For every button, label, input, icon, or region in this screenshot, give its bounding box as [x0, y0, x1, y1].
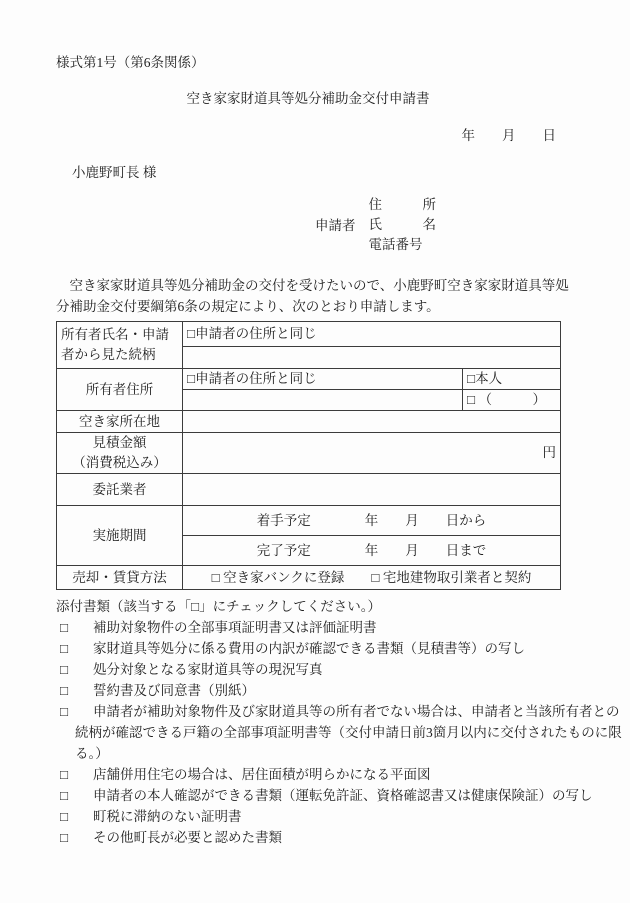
checkbox-icon[interactable]: □ — [60, 617, 93, 638]
owner-address-input-cell[interactable] — [183, 390, 463, 411]
owner-other-checkbox-cell[interactable]: □ （ ） — [463, 390, 561, 411]
sale-rental-method-cell[interactable]: □ 空き家バンクに登録 □ 宅地建物取引業者と契約 — [183, 566, 561, 590]
checkbox-icon[interactable]: □ — [60, 785, 93, 806]
attachments-heading: 添付書類（該当する「□」にチェックしてください。） — [56, 596, 560, 617]
attachments-checklist: □補助対象物件の全部事項証明書又は評価証明書 □家財道具等処分に係る費用の内訳が… — [56, 617, 622, 848]
checkbox-icon[interactable]: □ — [60, 638, 93, 659]
applicant-label: 申請者 — [315, 215, 356, 236]
owner-self-checkbox-cell[interactable]: □本人 — [463, 369, 561, 390]
intro-paragraph: 空き家家財道具等処分補助金の交付を受けたいので、小鹿野町空き家家財道具等処分補助… — [56, 275, 576, 317]
owner-address-same-checkbox-cell[interactable]: □申請者の住所と同じ — [183, 369, 463, 390]
checklist-item: □申請者の本人確認ができる書類（運転免許証、資格確認書又は健康保険証）の写し — [60, 785, 622, 806]
implementation-period-label: 実施期間 — [57, 506, 183, 566]
owner-name-input-cell[interactable] — [183, 347, 561, 369]
checkbox-icon[interactable]: □ — [60, 701, 93, 722]
checkbox-icon[interactable]: □ — [60, 806, 93, 827]
estimate-amount-input-cell[interactable]: 円 — [183, 433, 561, 474]
applicant-phone-label: 電話番号 — [369, 235, 437, 255]
owner-name-same-checkbox-cell[interactable]: □申請者の住所と同じ — [183, 322, 561, 347]
vacant-house-location-input-cell[interactable] — [183, 411, 561, 433]
checklist-item: □店舗併用住宅の場合は、居住面積が明らかになる平面図 — [60, 764, 622, 785]
checklist-item: □誓約書及び同意書（別紙） — [60, 680, 622, 701]
period-end-cell[interactable]: 完了予定 年 月 日まで — [183, 536, 561, 566]
checklist-item-label: その他町長が必要と認めた書類 — [93, 830, 282, 845]
owner-address-row-label: 所有者住所 — [57, 369, 183, 411]
checklist-item-label: 誓約書及び同意書（別紙） — [93, 683, 255, 698]
checklist-item-label: 申請者の本人確認ができる書類（運転免許証、資格確認書又は健康保険証）の写し — [93, 788, 593, 803]
checklist-item: □家財道具等処分に係る費用の内訳が確認できる書類（見積書等）の写し — [60, 638, 622, 659]
document-page: 様式第1号（第6条関係） 空き家家財道具等処分補助金交付申請書 年 月 日 小鹿… — [0, 0, 630, 903]
checklist-item-label: 補助対象物件の全部事項証明書又は評価証明書 — [93, 620, 377, 635]
contractor-input-cell[interactable] — [183, 474, 561, 506]
checklist-item-label: 家財道具等処分に係る費用の内訳が確認できる書類（見積書等）の写し — [93, 641, 525, 656]
sale-rental-method-label: 売却・賃貸方法 — [57, 566, 183, 590]
estimate-amount-label-line1: 見積金額 — [61, 433, 178, 453]
period-start-cell[interactable]: 着手予定 年 月 日から — [183, 506, 561, 536]
applicant-name-label: 氏 名 — [369, 215, 437, 235]
addressee: 小鹿野町長 様 — [72, 162, 560, 183]
checklist-item-label: 申請者が補助対象物件及び家財道具等の所有者でない場合は、申請者と当該所有者との続… — [75, 704, 622, 761]
checklist-item: □補助対象物件の全部事項証明書又は評価証明書 — [60, 617, 622, 638]
checklist-item: □処分対象となる家財道具等の現況写真 — [60, 659, 622, 680]
checkbox-icon[interactable]: □ — [60, 827, 93, 848]
form-number: 様式第1号（第6条関係） — [56, 52, 560, 73]
date-line: 年 月 日 — [56, 125, 560, 146]
checkbox-icon[interactable]: □ — [60, 680, 93, 701]
checklist-item-label: 店舗併用住宅の場合は、居住面積が明らかになる平面図 — [93, 767, 431, 782]
checklist-item-label: 町税に滞納のない証明書 — [93, 809, 242, 824]
checkbox-icon[interactable]: □ — [60, 659, 93, 680]
applicant-block: 申請者 住 所 氏 名 電話番号 — [315, 195, 560, 255]
vacant-house-location-label: 空き家所在地 — [57, 411, 183, 433]
owner-name-row-label: 所有者氏名・申請者から見た続柄 — [57, 322, 183, 369]
checklist-item: □町税に滞納のない証明書 — [60, 806, 622, 827]
application-table: 所有者氏名・申請者から見た続柄 □申請者の住所と同じ 所有者住所 □申請者の住所… — [56, 321, 561, 590]
document-title: 空き家家財道具等処分補助金交付申請書 — [56, 88, 560, 109]
applicant-fields: 住 所 氏 名 電話番号 — [369, 195, 437, 255]
contractor-label: 委託業者 — [57, 474, 183, 506]
checklist-item: □申請者が補助対象物件及び家財道具等の所有者でない場合は、申請者と当該所有者との… — [60, 701, 622, 764]
applicant-address-label: 住 所 — [369, 195, 437, 215]
checklist-item: □その他町長が必要と認めた書類 — [60, 827, 622, 848]
checkbox-icon[interactable]: □ — [60, 764, 93, 785]
estimate-amount-label-line2: （消費税込み） — [61, 453, 178, 473]
estimate-amount-label: 見積金額 （消費税込み） — [57, 433, 183, 474]
checklist-item-label: 処分対象となる家財道具等の現況写真 — [93, 662, 323, 677]
